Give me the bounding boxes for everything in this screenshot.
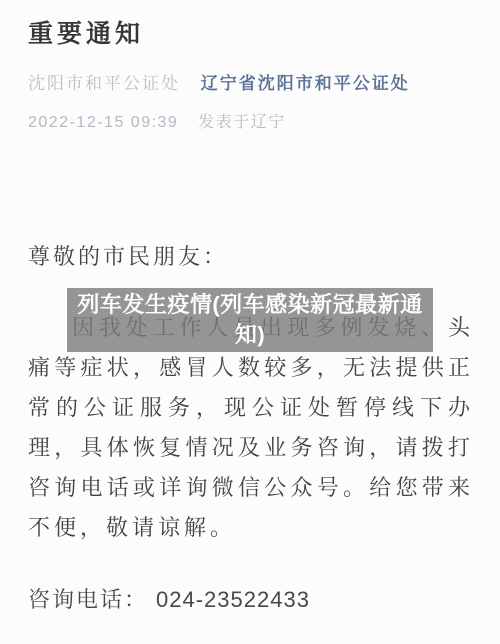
phone-label: 咨询电话： bbox=[28, 587, 148, 612]
caption-watermark: 列车发生疫情(列车感染新冠最新通知) bbox=[67, 288, 433, 352]
article-title: 重要通知 bbox=[28, 14, 144, 50]
phone-number: 024-23522433 bbox=[156, 587, 310, 612]
publish-datetime: 2022-12-15 09:39 bbox=[28, 114, 178, 131]
salutation: 尊敬的市民朋友： bbox=[28, 240, 228, 271]
publish-location: 发表于辽宁 bbox=[198, 114, 286, 131]
publish-info: 2022-12-15 09:39 发表于辽宁 bbox=[28, 109, 286, 132]
phone-line: 咨询电话：024-23522433 bbox=[28, 583, 310, 614]
byline: 沈阳市和平公证处 辽宁省沈阳市和平公证处 bbox=[28, 69, 410, 94]
caption-watermark-text: 列车发生疫情(列车感染新冠最新通知) bbox=[77, 292, 422, 347]
author-name: 沈阳市和平公证处 bbox=[28, 74, 180, 93]
account-link[interactable]: 辽宁省沈阳市和平公证处 bbox=[201, 74, 410, 93]
article-page: 重要通知 沈阳市和平公证处 辽宁省沈阳市和平公证处 2022-12-15 09:… bbox=[0, 0, 500, 644]
